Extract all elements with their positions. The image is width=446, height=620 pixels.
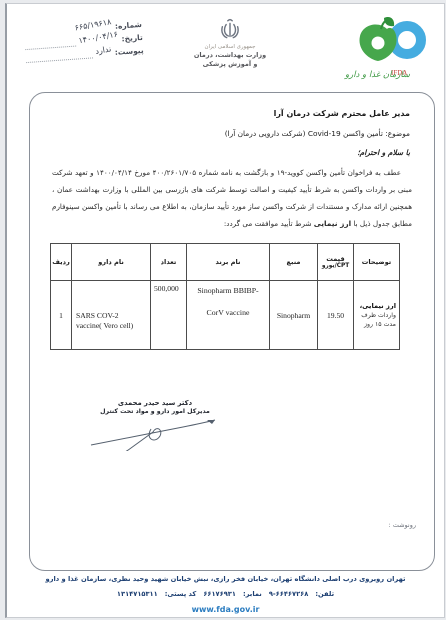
cell-source: Sinopharm xyxy=(270,281,318,350)
header-brand-name: نام برند xyxy=(187,244,270,281)
brand-line2: CorV vaccine xyxy=(187,308,269,317)
header-source: منبع xyxy=(270,244,318,281)
header-row-number: ردیف xyxy=(51,244,72,281)
dotted-line xyxy=(25,39,76,51)
salutation-line: با سلام و احترام؛ xyxy=(357,148,410,157)
body-paragraph: عطف به فراخوان تأمین واکسن کووید-۱۹ و با… xyxy=(52,164,412,232)
cell-notes: ارز نیمایی، واردات ظرف مدت ۱۵ روز xyxy=(354,281,400,350)
number-value: ۶۶۵/۱۹۶۱۸ xyxy=(74,17,112,32)
header-drug-name: نام دارو xyxy=(72,244,151,281)
cell-row-number: 1 xyxy=(51,281,72,350)
number-label: شماره: xyxy=(115,20,143,31)
table-row: 1 SARS COV-2 vaccine( Vero cell) 500,000… xyxy=(51,281,400,350)
header-quantity: تعداد xyxy=(151,244,187,281)
signer-name: دکتر سید حیدر محمدی xyxy=(85,399,225,407)
brand-line1: Sinopharm BBIBP- xyxy=(187,286,269,295)
fax-value: ۶۶۱۷۶۹۳۱ xyxy=(203,590,236,598)
fax-label: نمابر: xyxy=(243,590,262,598)
ifda-logo: IFDA سازمان غذا و دارو xyxy=(343,14,443,82)
website-link: www.fda.gov.ir xyxy=(7,605,444,614)
notes-bold: ارز نیمایی، xyxy=(360,302,396,310)
postal-code-value: ۱۳۱۴۷۱۵۳۱۱ xyxy=(117,590,158,598)
cell-price: 19.50 xyxy=(318,281,354,350)
price-header-line2: CPT/یورو xyxy=(318,263,353,269)
header-notes: توضیحات xyxy=(354,244,400,281)
phone-label: تلفن: xyxy=(315,590,334,598)
phone-value: ۹-۶۶۴۶۷۲۶۸ xyxy=(269,590,309,598)
ministry-name-line1: وزارت بهداشت، درمان xyxy=(155,51,305,60)
dotted-line xyxy=(26,50,93,63)
attachment-label: پیوست: xyxy=(114,46,143,57)
letter-body-frame: مدیر عامل محترم شرکت درمان آرا موضوع: تأ… xyxy=(29,92,435,571)
price-header-line1: قیمت xyxy=(326,255,344,263)
drug-name-line1: SARS COV-2 xyxy=(76,311,119,320)
footer-address: تهران روبروی درب اصلی دانشگاه تهران، خیا… xyxy=(7,575,444,583)
notes-rest: واردات ظرف مدت ۱۵ روز xyxy=(361,312,396,328)
signature-block: دکتر سید حیدر محمدی مدیرکل امور دارو و م… xyxy=(85,399,225,415)
cell-brand-name: Sinopharm BBIBP- CorV vaccine xyxy=(187,281,270,350)
reference-stamp: شماره: ۶۶۵/۱۹۶۱۸ تاریخ: ۱۴۰۰/۰۴/۱۶ پیوست… xyxy=(24,20,144,67)
postal-code-label: کد پستی: xyxy=(165,590,197,598)
subject-line: موضوع: تأمین واکسن Covid-19 (شرکت دارویی… xyxy=(225,129,410,138)
footer-contacts: تلفن: ۹-۶۶۴۶۷۲۶۸ نمابر: ۶۶۱۷۶۹۳۱ کد پستی… xyxy=(7,590,444,598)
signature-scribble xyxy=(87,415,221,451)
ifda-logo-icon: IFDA سازمان غذا و دارو xyxy=(343,14,443,82)
drug-name-line2: vaccine( Vero cell) xyxy=(76,321,133,330)
date-label: تاریخ: xyxy=(121,33,143,43)
paragraph-bold-term: ارز نیمایی xyxy=(314,219,351,228)
ministry-header: جمهوری اسلامی ایران وزارت بهداشت، درمان … xyxy=(155,18,305,69)
paragraph-text-2: شرط تأیید موافقت می گردد: xyxy=(224,219,314,228)
iran-emblem-icon xyxy=(219,18,241,42)
copy-to-label: رونوشت : xyxy=(388,521,416,529)
recipient-line: مدیر عامل محترم شرکت درمان آرا xyxy=(274,109,410,118)
signer-title: مدیرکل امور دارو و مواد تحت کنترل xyxy=(85,408,225,415)
scanned-letter-screenshot: شماره: ۶۶۵/۱۹۶۱۸ تاریخ: ۱۴۰۰/۰۴/۱۶ پیوست… xyxy=(0,0,446,620)
ifda-org-name: سازمان غذا و دارو xyxy=(344,70,411,80)
cell-drug-name: SARS COV-2 vaccine( Vero cell) xyxy=(72,281,151,350)
ministry-name-line2: و آموزش پزشکی xyxy=(155,60,305,69)
vaccine-table: ردیف نام دارو تعداد نام برند منبع قیمت C… xyxy=(50,243,400,350)
cell-quantity: 500,000 xyxy=(151,281,187,350)
country-title: جمهوری اسلامی ایران xyxy=(155,44,305,50)
letter-page: شماره: ۶۶۵/۱۹۶۱۸ تاریخ: ۱۴۰۰/۰۴/۱۶ پیوست… xyxy=(5,3,445,618)
header-price: قیمت CPT/یورو xyxy=(318,244,354,281)
attachment-value: ندارد xyxy=(95,44,112,56)
